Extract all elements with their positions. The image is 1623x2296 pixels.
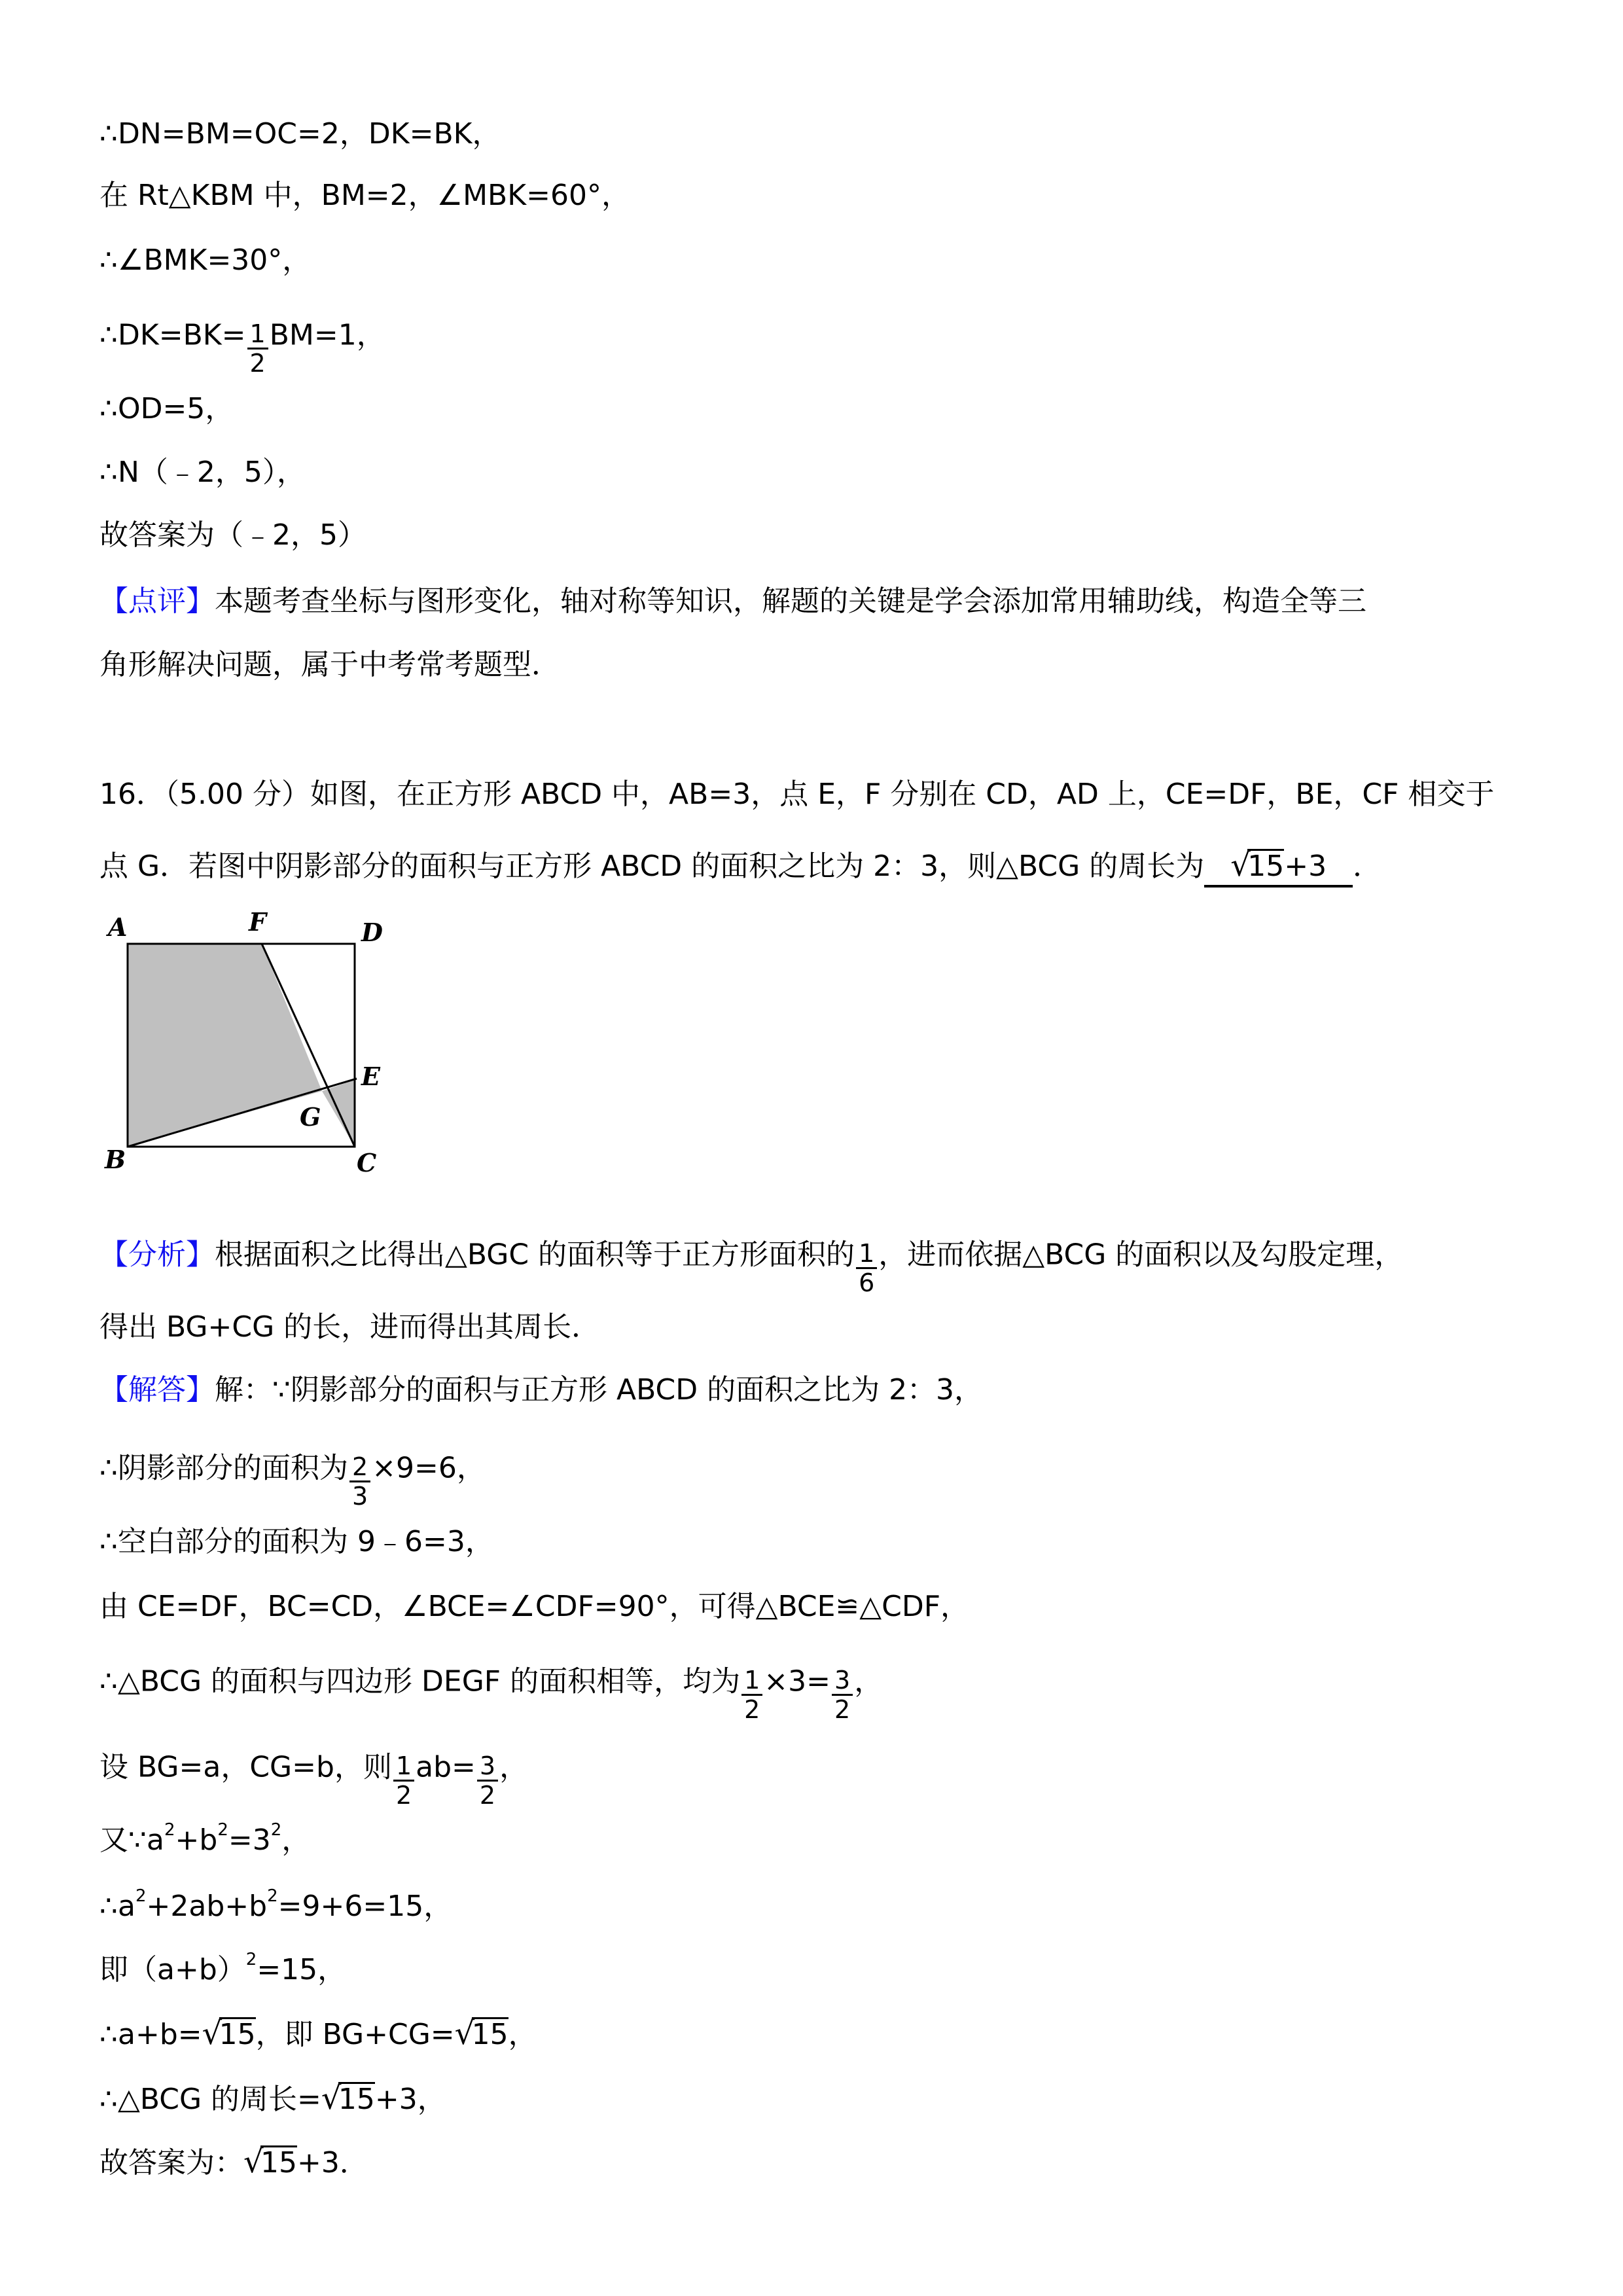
comment-line-1: 【点评】本题考查坐标与图形变化，轴对称等知识，解题的关键是学会添加常用辅助线，构… (99, 582, 1366, 621)
sqrt-symbol: 15 (321, 2080, 375, 2119)
solution-line: ∴N（﹣2，5）， (99, 453, 306, 492)
text: ∴△BCG 的面积与四边形 DEGF 的面积相等，均为 (99, 1665, 740, 1698)
text: =3 (228, 1823, 271, 1857)
exponent: 2 (135, 1886, 147, 1906)
fraction: 12 (393, 1752, 414, 1809)
radicand: 15 (260, 2145, 297, 2179)
text: ∴a+b= (99, 2018, 202, 2051)
solution-line-12: 故答案为：15+3． (99, 2144, 368, 2183)
solution-line: ∴OD=5， (99, 389, 234, 429)
comment-line-2: 角形解决问题，属于中考常考题型． (99, 645, 560, 685)
solution-tag: 【解答】 (99, 1373, 215, 1407)
numerator: 1 (741, 1666, 762, 1696)
text: ab= (416, 1751, 476, 1784)
sqrt-symbol: 15 (243, 2144, 297, 2183)
text: 故答案为： (99, 2146, 243, 2179)
question-line-2: 点 G．若图中阴影部分的面积与正方形 ABCD 的面积之比为 2：3，则△BCG… (99, 847, 1382, 886)
denominator: 2 (832, 1696, 853, 1723)
numerator: 3 (832, 1666, 853, 1696)
text: ×9=6， (372, 1452, 486, 1485)
analysis-text: 根据面积之比得出△BGC 的面积等于正方形面积的 (215, 1238, 855, 1272)
answer-suffix: +3 (1284, 850, 1327, 883)
text: ， (854, 1665, 883, 1698)
numerator: 1 (247, 320, 268, 350)
label-d: D (361, 918, 383, 947)
denominator: 6 (856, 1269, 877, 1297)
label-a: A (106, 912, 127, 942)
solution-line: 在 Rt△KBM 中，BM=2，∠MBK=60°， (99, 176, 630, 215)
exponent: 2 (217, 1820, 228, 1840)
denominator: 2 (393, 1782, 414, 1809)
text: ∴△BCG 的周长= (99, 2083, 321, 2116)
numerator: 2 (349, 1453, 370, 1482)
solution-line-3: ∴空白部分的面积为 9﹣6=3， (99, 1522, 494, 1562)
text: +3． (297, 2146, 368, 2179)
solution-text: 解：∵阴影部分的面积与正方形 ABCD 的面积之比为 2：3， (215, 1373, 983, 1407)
fraction: 32 (477, 1752, 498, 1809)
numerator: 1 (856, 1240, 877, 1269)
sqrt-symbol: 15 (1230, 848, 1284, 885)
comment-text: 本题考查坐标与图形变化，轴对称等知识，解题的关键是学会添加常用辅助线，构造全等三 (215, 584, 1366, 618)
label-e: E (361, 1062, 381, 1091)
text: ， (508, 2018, 537, 2051)
solution-line-11: ∴△BCG 的周长=15+3， (99, 2080, 446, 2119)
sqrt-symbol: 15 (455, 2015, 508, 2054)
text: ∴a (99, 1890, 135, 1923)
text: ∴DK=BK= (99, 319, 246, 352)
end-punct: ． (1353, 850, 1382, 883)
question-number: 16． (99, 778, 165, 811)
solution-line: ∴DN=BM=OC=2，DK=BK， (99, 115, 501, 154)
exponent: 2 (164, 1820, 175, 1840)
label-c: C (357, 1148, 376, 1177)
text: ， (281, 1823, 310, 1857)
radicand: 15 (1247, 849, 1284, 882)
analysis-line-1: 【分析】根据面积之比得出△BGC 的面积等于正方形面积的16，进而依据△BCG … (99, 1228, 1403, 1267)
label-g: G (300, 1102, 321, 1132)
analysis-text: ，进而依据△BCG 的面积以及勾股定理， (878, 1238, 1403, 1272)
exponent: 2 (246, 1950, 257, 1969)
question-line-1: 16．（5.00 分）如图，在正方形 ABCD 中，AB=3，点 E，F 分别在… (99, 775, 1494, 814)
solution-line-5: ∴△BCG 的面积与四边形 DEGF 的面积相等，均为12×3=32， (99, 1655, 883, 1694)
solution-line-8: ∴a2+2ab+b2=9+6=15， (99, 1887, 452, 1926)
text: 设 BG=a，CG=b，则 (99, 1751, 392, 1784)
radicand: 15 (219, 2017, 256, 2051)
square-diagram: A F D E G B C (92, 910, 406, 1211)
text: =9+6=15， (278, 1890, 453, 1923)
fraction: 12 (247, 320, 268, 377)
solution-line: ∴∠BMK=30°， (99, 241, 311, 280)
shaded-quadrilateral (128, 944, 322, 1147)
solution-line-4: 由 CE=DF，BC=CD，∠BCE=∠CDF=90°，可得△BCE≌△CDF， (99, 1587, 969, 1626)
question-text: 点 G．若图中阴影部分的面积与正方形 ABCD 的面积之比为 2：3，则△BCG… (99, 850, 1204, 883)
denominator: 2 (477, 1782, 498, 1809)
numerator: 1 (393, 1752, 414, 1782)
radicand: 15 (338, 2082, 375, 2115)
solution-line-9: 即（a+b）2=15， (99, 1950, 346, 1990)
text: =15， (257, 1953, 346, 1986)
denominator: 2 (247, 350, 268, 377)
comment-tag: 【点评】 (99, 584, 215, 618)
denominator: 3 (349, 1482, 370, 1510)
analysis-tag: 【分析】 (99, 1238, 215, 1272)
text: +3， (375, 2083, 446, 2116)
answer-blank: 15+3 (1204, 848, 1353, 888)
exponent: 2 (267, 1886, 278, 1906)
solution-line-1: 【解答】解：∵阴影部分的面积与正方形 ABCD 的面积之比为 2：3， (99, 1371, 983, 1410)
question-text: 如图，在正方形 ABCD 中，AB=3，点 E，F 分别在 CD，AD 上，CE… (310, 778, 1494, 811)
fraction: 23 (349, 1453, 370, 1510)
text: ×3= (764, 1665, 830, 1698)
text: ，即 BG+CG= (256, 2018, 455, 2051)
question-score: （5.00 分） (165, 778, 310, 811)
text: BM=1， (270, 319, 385, 352)
numerator: 3 (477, 1752, 498, 1782)
solution-line-fraction: ∴DK=BK=12BM=1， (99, 308, 385, 348)
text: +b (175, 1823, 218, 1857)
solution-line-7: 又∵a2+b2=32， (99, 1821, 310, 1860)
solution-line-10: ∴a+b=15，即 BG+CG=15， (99, 2015, 537, 2054)
solution-line-2: ∴阴影部分的面积为23×9=6， (99, 1441, 486, 1480)
text: 即（a+b） (99, 1953, 246, 1986)
text: ， (499, 1751, 528, 1784)
exponent: 2 (271, 1820, 282, 1840)
radicand: 15 (472, 2017, 508, 2051)
fraction: 12 (741, 1666, 762, 1723)
fraction: 16 (856, 1240, 877, 1297)
text: 又∵a (99, 1823, 164, 1857)
fraction: 32 (832, 1666, 853, 1723)
text: +2ab+b (147, 1890, 268, 1923)
solution-line: 故答案为（﹣2，5） (99, 516, 366, 555)
denominator: 2 (741, 1696, 762, 1723)
analysis-line-2: 得出 BG+CG 的长，进而得出其周长． (99, 1308, 600, 1347)
solution-line-6: 设 BG=a，CG=b，则12ab=32， (99, 1740, 528, 1780)
sqrt-symbol: 15 (202, 2015, 256, 2054)
label-b: B (104, 1145, 126, 1174)
text: ∴阴影部分的面积为 (99, 1452, 348, 1485)
label-f: F (248, 910, 268, 937)
